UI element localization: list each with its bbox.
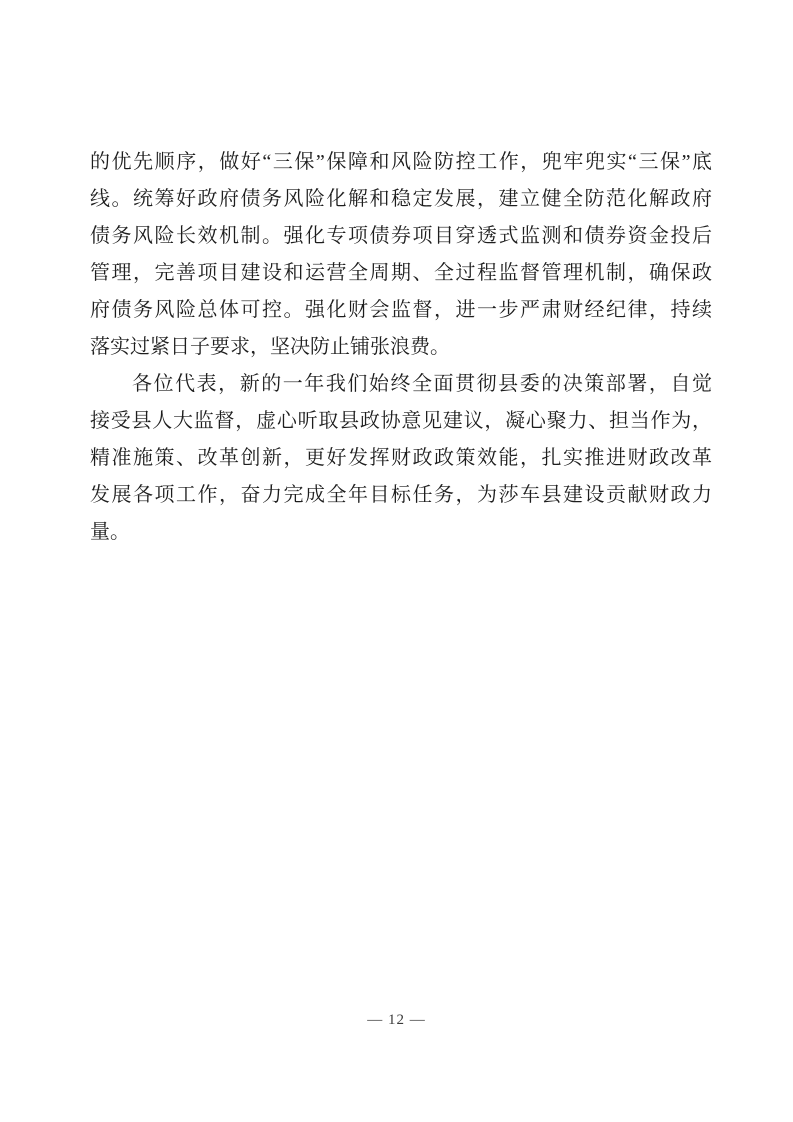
- text-line: 各位代表，新的一年我们始终全面贯彻县委的决策部署，自觉: [90, 366, 712, 403]
- document-text-block: 的优先顺序，做好“三保”保障和风险防控工作，兜牢兜实“三保”底线。统筹好政府债务…: [90, 144, 712, 551]
- text-line: 发展各项工作，奋力完成全年目标任务，为莎车县建设贡献财政力: [90, 477, 712, 514]
- document-page: 的优先顺序，做好“三保”保障和风险防控工作，兜牢兜实“三保”底线。统筹好政府债务…: [0, 0, 793, 1122]
- text-line: 的优先顺序，做好“三保”保障和风险防控工作，兜牢兜实“三保”底: [90, 144, 712, 181]
- text-line: 接受县人大监督，虚心听取县政协意见建议，凝心聚力、担当作为，: [90, 403, 712, 440]
- text-line: 量。: [90, 514, 712, 551]
- text-line: 债务风险长效机制。强化专项债券项目穿透式监测和债券资金投后: [90, 218, 712, 255]
- paragraph: 的优先顺序，做好“三保”保障和风险防控工作，兜牢兜实“三保”底线。统筹好政府债务…: [90, 144, 712, 366]
- text-line: 管理，完善项目建设和运营全周期、全过程监督管理机制，确保政: [90, 255, 712, 292]
- page-number: — 12 —: [0, 1012, 793, 1029]
- text-line: 线。统筹好政府债务风险化解和稳定发展，建立健全防范化解政府: [90, 181, 712, 218]
- text-line: 精准施策、改革创新，更好发挥财政政策效能，扎实推进财政改革: [90, 440, 712, 477]
- paragraph: 各位代表，新的一年我们始终全面贯彻县委的决策部署，自觉接受县人大监督，虚心听取县…: [90, 366, 712, 551]
- text-line: 府债务风险总体可控。强化财会监督，进一步严肃财经纪律，持续: [90, 292, 712, 329]
- text-line: 落实过紧日子要求，坚决防止铺张浪费。: [90, 329, 712, 366]
